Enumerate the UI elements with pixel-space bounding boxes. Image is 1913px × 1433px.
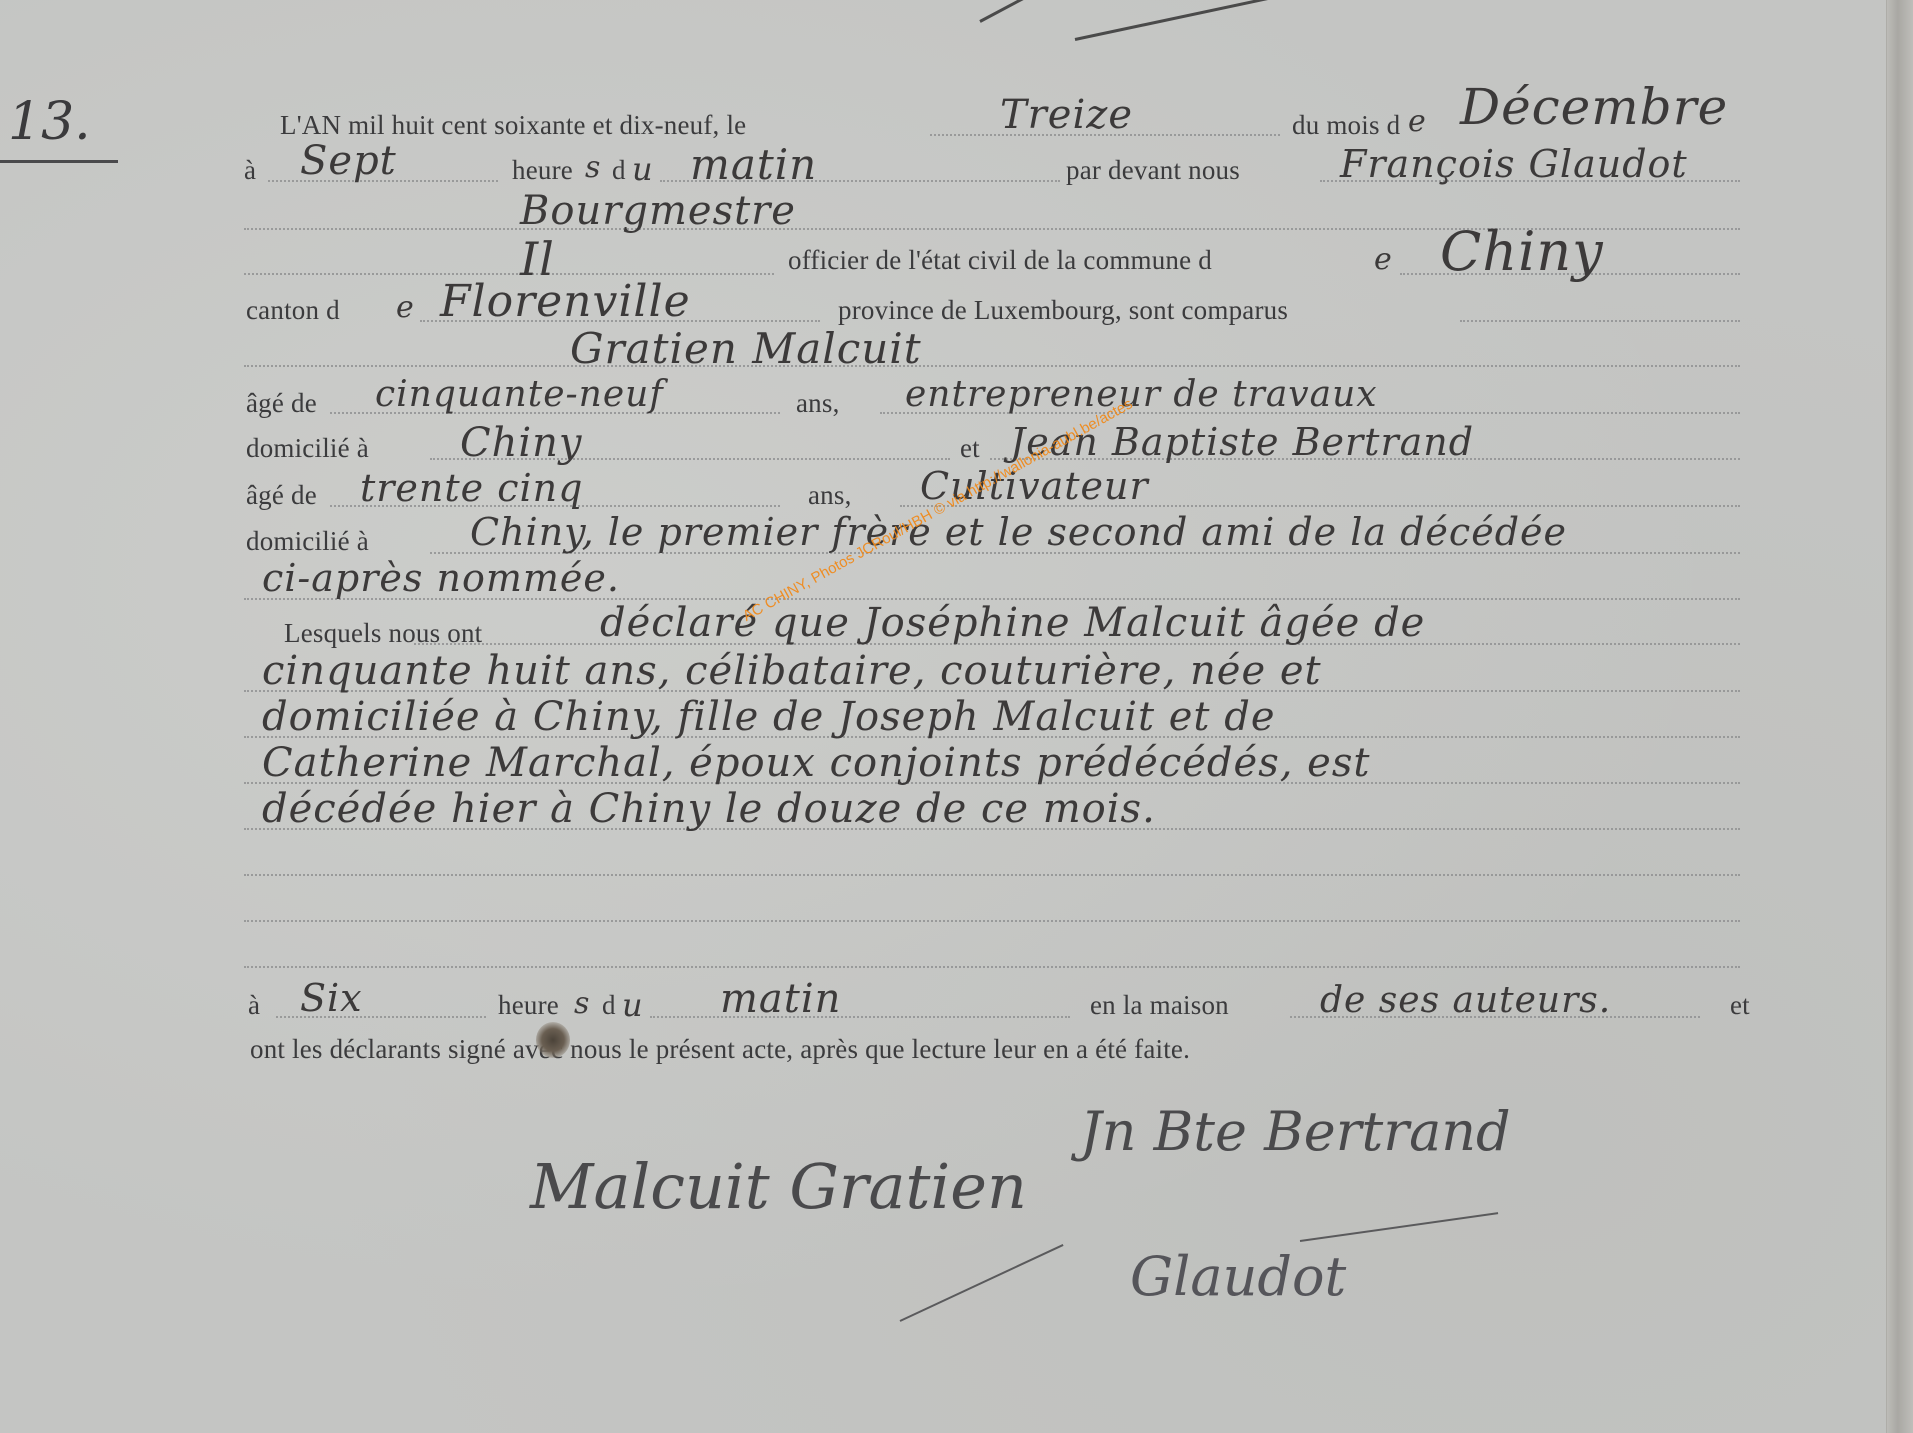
handwritten-declaration-line4: Catherine Marchal, époux conjoints prédé… [262,740,1370,786]
handwritten-death-hour-s: s [574,986,590,1021]
handwritten-time-of-day: matin [690,140,817,189]
fill-line [244,920,1740,922]
printed-par-devant: par devant nous [1066,155,1240,186]
fill-line [244,365,1740,367]
handwritten-canton-suffix: e [396,290,415,325]
handwritten-declarant1-name: Gratien Malcuit [570,324,922,373]
handwritten-commune: Chiny [1440,220,1604,283]
printed-canton: canton d [246,295,340,326]
handwritten-declaration-line1: déclaré que Joséphine Malcuit âgée de [600,600,1425,646]
handwritten-declaration-line3: domiciliée à Chiny, fille de Joseph Malc… [262,694,1276,740]
handwritten-declarant2-domicile: Chiny, le premier frère et le second ami… [470,510,1567,554]
handwritten-officer-title: Bourgmestre [520,188,796,234]
handwritten-month: Décembre [1460,78,1728,136]
handwritten-death-du: u [622,986,644,1024]
handwritten-declarant1-domicile: Chiny [460,420,583,466]
printed-month-label: du mois d [1292,110,1400,141]
fill-line [244,874,1740,876]
fill-line [244,966,1740,968]
printed-age-label-1: âgé de [246,388,317,419]
handwritten-declarant1-age: cinquante-neuf [375,374,664,415]
handwritten-declarant2-age: trente cinq [360,466,583,510]
printed-final-a: à [248,990,260,1021]
signature-flourish [1300,1212,1498,1242]
signature-flourish [900,1244,1064,1322]
handwritten-canton: Florenville [440,276,691,327]
handwritten-hour-s: s [585,150,601,185]
handwritten-declaration-line5: décédée hier à Chiny le douze de ce mois… [262,786,1156,832]
ink-stroke [979,0,1042,23]
handwritten-month-suffix: e [1408,104,1427,139]
ink-stroke [1075,0,1271,41]
printed-domicile-label-1: domicilié à [246,433,369,464]
handwritten-death-time-of-day: matin [720,976,841,1022]
printed-heure: heure [512,155,573,186]
handwritten-declaration-line2: cinquante huit ans, célibataire, couturi… [262,648,1322,694]
handwritten-hour: Sept [300,138,397,184]
printed-final-d: d [602,990,616,1021]
handwritten-death-hour: Six [300,976,363,1020]
handwritten-declarant1-occupation: entrepreneur de travaux [905,374,1378,415]
handwritten-death-place: de ses auteurs. [1320,980,1611,1021]
printed-final-et: et [1730,990,1750,1021]
handwritten-officer-name: François Glaudot [1340,142,1688,186]
printed-year-line: L'AN mil huit cent soixante et dix-neuf,… [280,110,746,141]
handwritten-du: u [632,150,654,188]
handwritten-declarant2-domicile-cont: ci-après nommée. [262,556,620,600]
printed-et: et [960,433,980,464]
signature-malcuit: Malcuit Gratien [530,1150,1027,1223]
fill-line [650,1016,1070,1018]
entry-number-underline [0,160,118,163]
printed-ans-1: ans, [796,388,840,419]
registry-page: 13. L'AN mil huit cent soixante et dix-n… [0,0,1913,1433]
handwritten-commune-suffix: e [1374,242,1393,277]
printed-final-heure: heure [498,990,559,1021]
printed-domicile-label-2: domicilié à [246,526,369,557]
signature-glaudot: Glaudot [1130,1245,1346,1308]
entry-number: 13. [8,92,91,152]
printed-final-maison: en la maison [1090,990,1229,1021]
printed-closing: ont les déclarants signé avec nous le pr… [250,1034,1190,1065]
signature-bertrand: Jn Bte Bertrand [1080,1100,1511,1163]
printed-age-label-2: âgé de [246,480,317,511]
page-fold-edge [1886,0,1913,1433]
printed-officer-label: officier de l'état civil de la commune d [788,245,1212,276]
printed-province: province de Luxembourg, sont comparus [838,295,1288,326]
handwritten-day: Treize [1000,92,1133,138]
printed-ans-2: ans, [808,480,852,511]
printed-a: à [244,155,256,186]
ink-stain [536,1022,570,1058]
fill-line [1460,320,1740,322]
printed-d: d [612,155,626,186]
fill-line [244,273,774,275]
